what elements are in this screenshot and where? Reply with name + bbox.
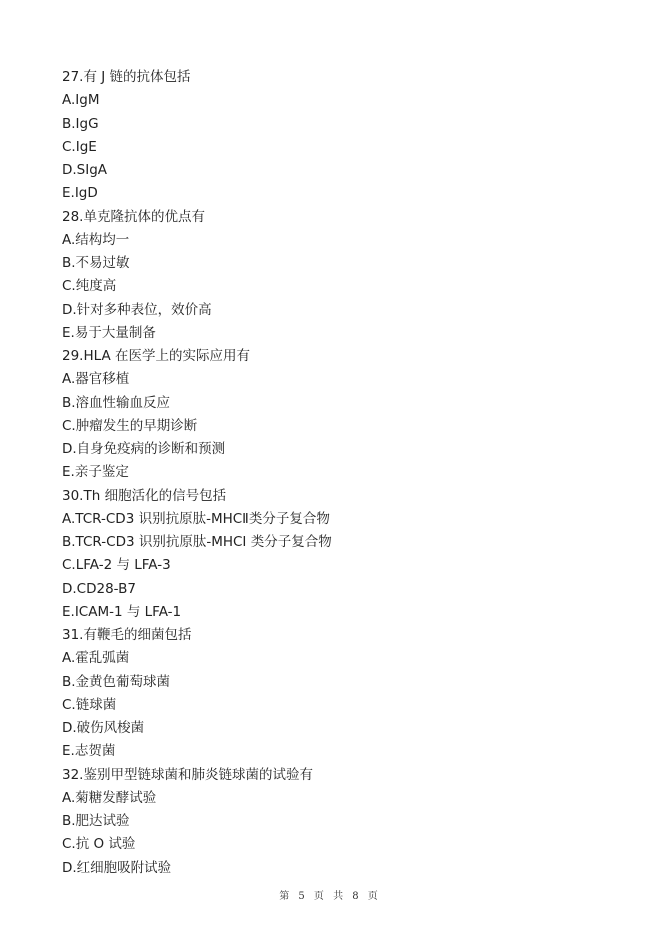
question-29: 29.HLA 在医学上的实际应用有 A.器官移植 B.溶血性输血反应 C.肿瘤发… bbox=[62, 345, 622, 485]
option-e: E.IgD bbox=[62, 182, 622, 205]
option-e: E.亲子鉴定 bbox=[62, 461, 622, 484]
option-b: B.IgG bbox=[62, 113, 622, 136]
question-32: 32.鉴别甲型链球菌和肺炎链球菌的试验有 A.菊糖发酵试验 B.肥达试验 C.抗… bbox=[62, 764, 622, 880]
option-a: A.菊糖发酵试验 bbox=[62, 787, 622, 810]
option-b: B.不易过敏 bbox=[62, 252, 622, 275]
option-c: C.链球菌 bbox=[62, 694, 622, 717]
question-30: 30.Th 细胞活化的信号包括 A.TCR-CD3 识别抗原肽-MHCⅡ类分子复… bbox=[62, 485, 622, 625]
option-c: C.肿瘤发生的早期诊断 bbox=[62, 415, 622, 438]
question-stem: 32.鉴别甲型链球菌和肺炎链球菌的试验有 bbox=[62, 764, 622, 787]
option-d: D.CD28-B7 bbox=[62, 578, 622, 601]
option-c: C.纯度高 bbox=[62, 275, 622, 298]
page-number-footer: 第 5 页 共 8 页 bbox=[0, 887, 660, 902]
question-stem: 29.HLA 在医学上的实际应用有 bbox=[62, 345, 622, 368]
question-list: 27.有 J 链的抗体包括 A.IgM B.IgG C.IgE D.SIgA E… bbox=[62, 66, 622, 880]
option-b: B.溶血性输血反应 bbox=[62, 392, 622, 415]
option-b: B.TCR-CD3 识别抗原肽-MHCI 类分子复合物 bbox=[62, 531, 622, 554]
option-e: E.志贺菌 bbox=[62, 740, 622, 763]
question-stem: 28.单克隆抗体的优点有 bbox=[62, 206, 622, 229]
option-d: D.SIgA bbox=[62, 159, 622, 182]
option-e: E.易于大量制备 bbox=[62, 322, 622, 345]
question-28: 28.单克隆抗体的优点有 A.结构均一 B.不易过敏 C.纯度高 D.针对多种表… bbox=[62, 206, 622, 346]
option-a: A.IgM bbox=[62, 89, 622, 112]
option-b: B.金黄色葡萄球菌 bbox=[62, 671, 622, 694]
option-a: A.霍乱弧菌 bbox=[62, 647, 622, 670]
question-31: 31.有鞭毛的细菌包括 A.霍乱弧菌 B.金黄色葡萄球菌 C.链球菌 D.破伤风… bbox=[62, 624, 622, 764]
option-d: D.针对多种表位，效价高 bbox=[62, 299, 622, 322]
option-c: C.抗 O 试验 bbox=[62, 833, 622, 856]
option-b: B.肥达试验 bbox=[62, 810, 622, 833]
question-stem: 27.有 J 链的抗体包括 bbox=[62, 66, 622, 89]
option-a: A.TCR-CD3 识别抗原肽-MHCⅡ类分子复合物 bbox=[62, 508, 622, 531]
option-c: C.LFA-2 与 LFA-3 bbox=[62, 554, 622, 577]
question-stem: 31.有鞭毛的细菌包括 bbox=[62, 624, 622, 647]
question-stem: 30.Th 细胞活化的信号包括 bbox=[62, 485, 622, 508]
option-d: D.自身免疫病的诊断和预测 bbox=[62, 438, 622, 461]
option-a: A.器官移植 bbox=[62, 368, 622, 391]
question-27: 27.有 J 链的抗体包括 A.IgM B.IgG C.IgE D.SIgA E… bbox=[62, 66, 622, 206]
option-d: D.红细胞吸附试验 bbox=[62, 857, 622, 880]
option-d: D.破伤风梭菌 bbox=[62, 717, 622, 740]
option-c: C.IgE bbox=[62, 136, 622, 159]
option-a: A.结构均一 bbox=[62, 229, 622, 252]
document-page: 27.有 J 链的抗体包括 A.IgM B.IgG C.IgE D.SIgA E… bbox=[0, 0, 660, 934]
option-e: E.ICAM-1 与 LFA-1 bbox=[62, 601, 622, 624]
